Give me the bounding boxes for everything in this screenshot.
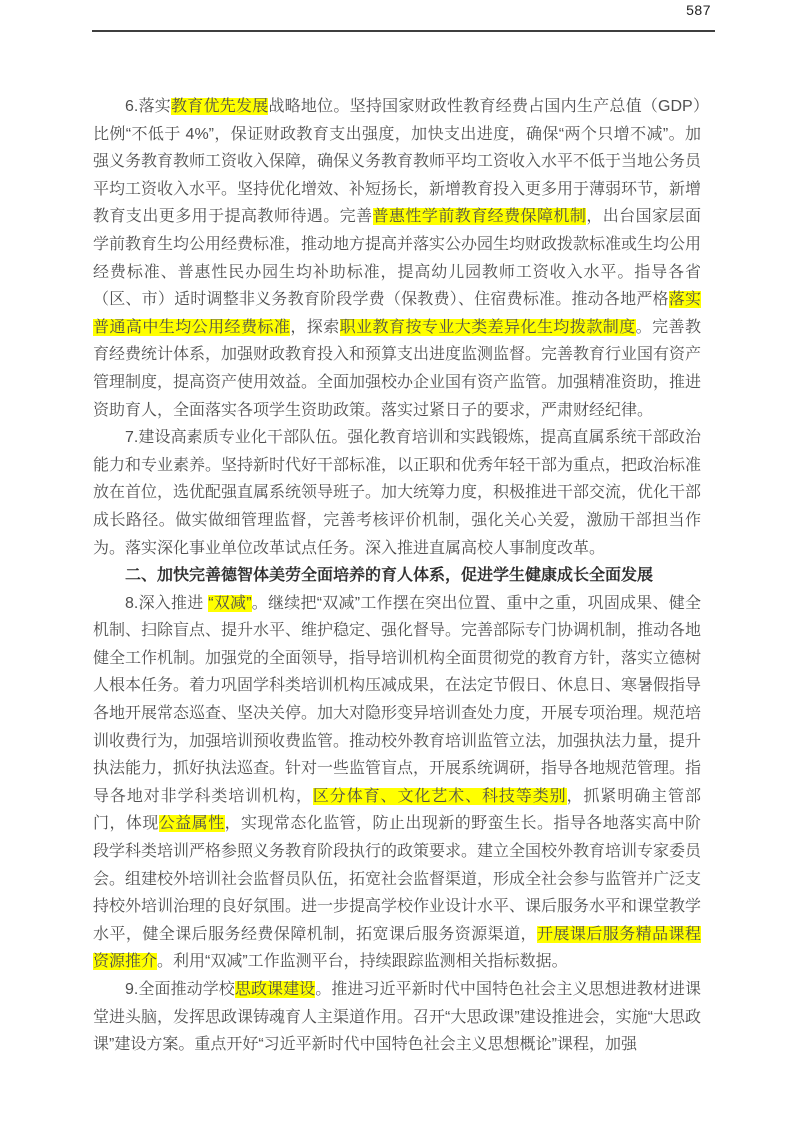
highlighted-text: 公益属性	[159, 815, 225, 832]
page-number: 587	[686, 2, 711, 18]
highlighted-text: 教育优先发展	[171, 98, 268, 115]
header-rule	[92, 30, 715, 32]
highlighted-text: 普惠性学前教育经费保障机制	[373, 208, 587, 225]
highlighted-text: 职业教育按专业大类差异化生均拨款制度	[340, 319, 636, 336]
section-heading-2: 二、加快完善德智体美劳全面培养的育人体系，促进学生健康成长全面发展	[93, 562, 701, 590]
paragraph-6: 6.落实教育优先发展战略地位。坚持国家财政性教育经费占国内生产总值（GDP）比例…	[93, 93, 701, 424]
highlighted-text: “双减”	[208, 595, 251, 612]
highlighted-text: 思政课建设	[235, 981, 315, 998]
document-body: 6.落实教育优先发展战略地位。坚持国家财政性教育经费占国内生产总值（GDP）比例…	[93, 93, 701, 1059]
highlighted-text: 开展课后服务精品课程资源推介	[93, 926, 701, 971]
highlighted-text: 区分体育、文化艺术、科技等类别	[313, 788, 567, 805]
paragraph-9: 9.全面推动学校思政课建设。推进习近平新时代中国特色社会主义思想进教材进课堂进头…	[93, 976, 701, 1059]
document-page: 587 6.落实教育优先发展战略地位。坚持国家财政性教育经费占国内生产总值（GD…	[0, 0, 793, 1122]
paragraph-7: 7.建设高素质专业化干部队伍。强化教育培训和实践锻炼，提高直属系统干部政治能力和…	[93, 424, 701, 562]
paragraph-8: 8.深入推进 “双减”。继续把“双减”工作摆在突出位置、重中之重，巩固成果、健全…	[93, 590, 701, 976]
